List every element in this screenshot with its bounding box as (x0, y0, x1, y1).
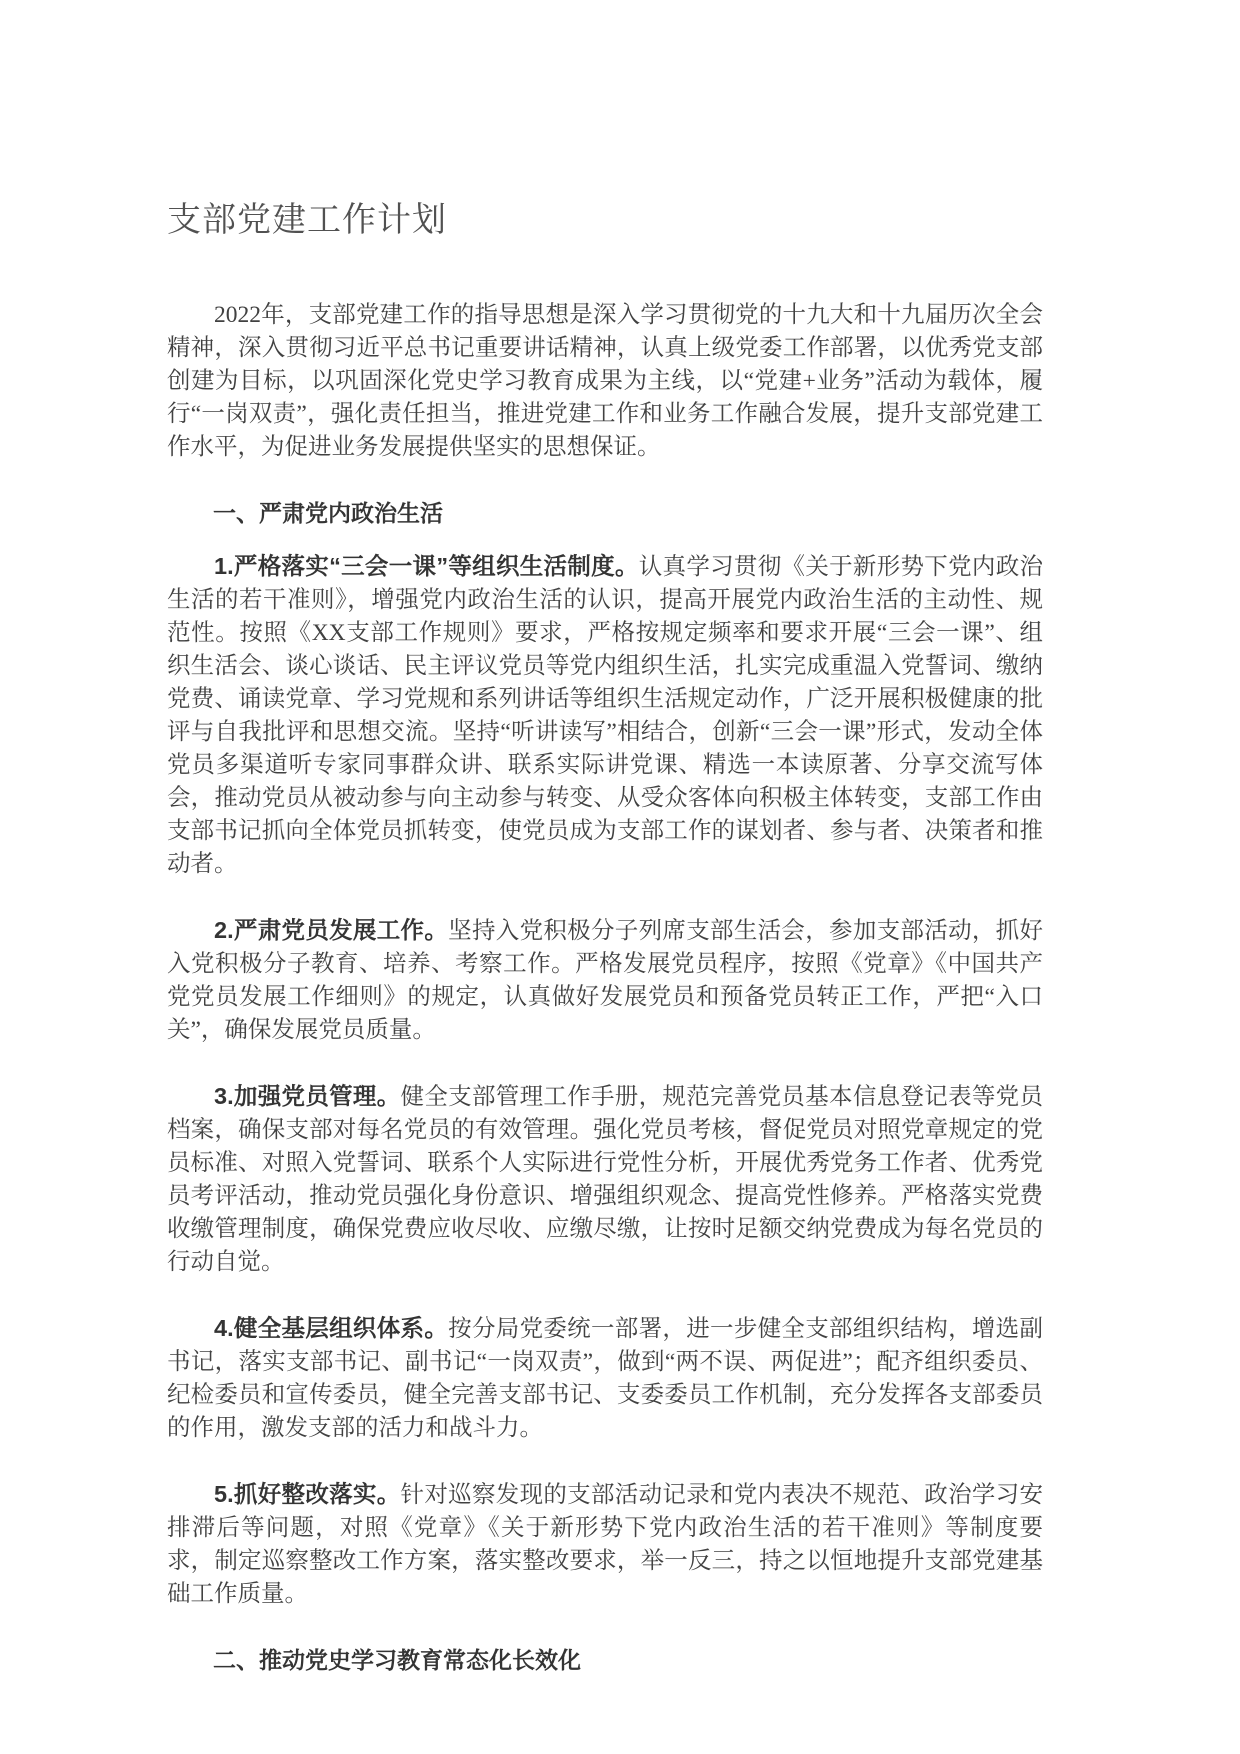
plan-item-2: 2.严肃党员发展工作。坚持入党积极分子列席支部生活会，参加支部活动，抓好入党积极… (167, 914, 1043, 1047)
plan-item-5: 5.抓好整改落实。针对巡察发现的支部活动记录和党内表决不规范、政治学习安排滞后等… (167, 1478, 1043, 1611)
document-page: 支部党建工作计划 2022年，支部党建工作的指导思想是深入学习贯彻党的十九大和十… (0, 0, 1240, 1754)
plan-item-5-lead: 5.抓好整改落实。 (214, 1481, 401, 1507)
section-1-heading: 一、严肃党内政治生活 (167, 497, 1043, 530)
plan-item-3: 3.加强党员管理。健全支部管理工作手册，规范完善党员基本信息登记表等党员档案，确… (167, 1080, 1043, 1279)
plan-item-2-lead: 2.严肃党员发展工作。 (214, 917, 448, 943)
plan-item-3-lead: 3.加强党员管理。 (214, 1083, 401, 1109)
plan-item-4-lead: 4.健全基层组织体系。 (214, 1315, 448, 1341)
intro-paragraph: 2022年，支部党建工作的指导思想是深入学习贯彻党的十九大和十九届历次全会精神，… (167, 299, 1043, 464)
plan-item-1-lead: 1.严格落实“三会一课”等组织生活制度。 (214, 553, 639, 579)
page-title: 支部党建工作计划 (167, 200, 1043, 241)
plan-item-1-body: 认真学习贯彻《关于新形势下党内政治生活的若干准则》，增强党内政治生活的认识，提高… (167, 554, 1043, 877)
plan-item-1: 1.严格落实“三会一课”等组织生活制度。认真学习贯彻《关于新形势下党内政治生活的… (167, 550, 1043, 881)
section-2-heading: 二、推动党史学习教育常态化长效化 (167, 1644, 1043, 1677)
plan-item-3-body: 健全支部管理工作手册，规范完善党员基本信息登记表等党员档案，确保支部对每名党员的… (167, 1084, 1043, 1275)
plan-item-4: 4.健全基层组织体系。按分局党委统一部署，进一步健全支部组织结构，增选副书记，落… (167, 1312, 1043, 1445)
